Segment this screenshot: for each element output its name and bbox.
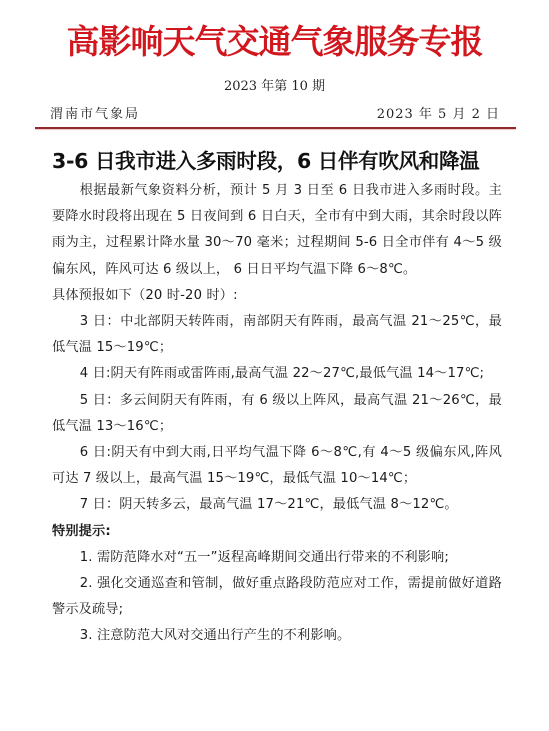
masthead-title: 高影响天气交通气象服务专报 <box>0 22 549 62</box>
publish-date: 2023 年 5 月 2 日 <box>377 106 500 124</box>
forecast-item-day6: 6 日:阴天有中到大雨,日平均气温下降 6～8℃,有 4～5 级偏东风,阵风可达… <box>52 440 502 492</box>
header-divider <box>35 127 516 129</box>
issuer-name: 渭南市气象局 <box>50 106 140 124</box>
forecast-list: 3 日：中北部阴天转阵雨，南部阴天有阵雨，最高气温 21～25℃，最低气温 15… <box>52 309 502 519</box>
forecast-item-day4: 4 日:阴天有阵雨或雷阵雨,最高气温 22～27℃,最低气温 14～17℃; <box>52 361 502 387</box>
summary-paragraph: 根据最新气象资料分析，预计 5 月 3 日至 6 日我市进入多雨时段。主要降水时… <box>52 178 502 283</box>
forecast-item-day3: 3 日：中北部阴天转阵雨，南部阴天有阵雨，最高气温 21～25℃，最低气温 15… <box>52 309 502 361</box>
forecast-item-day7: 7 日：阴天转多云，最高气温 17～21℃，最低气温 8～12℃。 <box>52 492 502 518</box>
forecast-item-day5: 5 日：多云间阴天有阵雨，有 6 级以上阵风，最高气温 21～26℃，最低气温 … <box>52 388 502 440</box>
article: 3-6 日我市进入多雨时段，6 日伴有吹风和降温 根据最新气象资料分析，预计 5… <box>52 146 502 650</box>
tips-list: 1. 需防范降水对“五一”返程高峰期间交通出行带来的不利影响; 2. 强化交通巡… <box>52 545 502 650</box>
issuer-row: 渭南市气象局 2023 年 5 月 2 日 <box>50 106 510 124</box>
article-headline: 3-6 日我市进入多雨时段，6 日伴有吹风和降温 <box>52 146 502 176</box>
tip-item-2: 2. 强化交通巡查和管制，做好重点路段防范应对工作，需提前做好道路警示及疏导; <box>52 571 502 623</box>
issue-number: 2023 年第 10 期 <box>0 78 549 96</box>
tip-item-3: 3. 注意防范大风对交通出行产生的不利影响。 <box>52 623 502 649</box>
forecast-intro: 具体预报如下（20 时-20 时）: <box>52 283 502 309</box>
tips-heading: 特别提示: <box>52 519 502 545</box>
tip-item-1: 1. 需防范降水对“五一”返程高峰期间交通出行带来的不利影响; <box>52 545 502 571</box>
